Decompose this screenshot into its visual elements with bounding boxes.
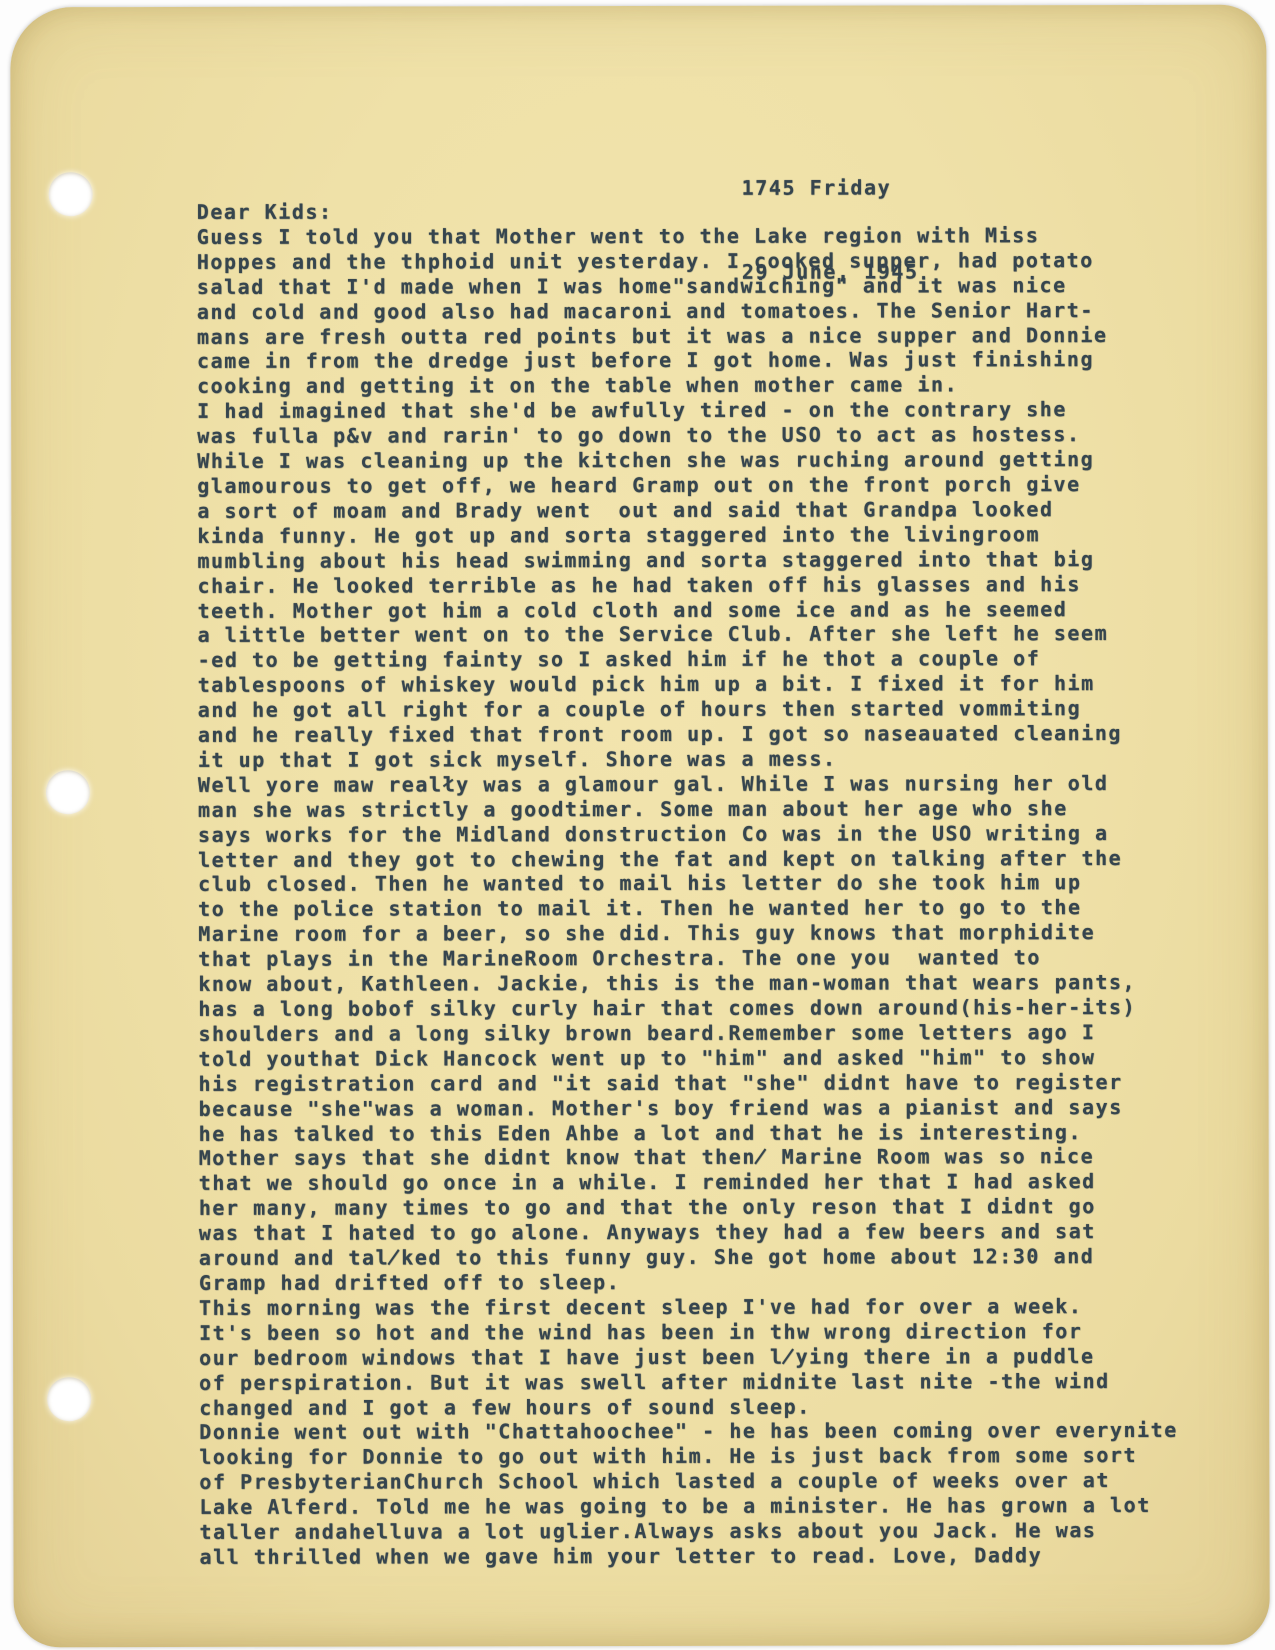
scanned-letter-page: 1745 Friday 29 June, 1945 Dear Kids:Gues… bbox=[10, 5, 1269, 1648]
letter-body: Dear Kids:Guess I told you that Mother w… bbox=[197, 198, 1178, 1570]
letter-line: to the police station to mail it. Then h… bbox=[198, 895, 1177, 922]
letter-line: salad that I'd made when I was home"sand… bbox=[197, 273, 1176, 300]
letter-line: letter and they got to chewing the fat a… bbox=[198, 845, 1177, 872]
letter-line: -ed to be getting fainty so I asked him … bbox=[198, 646, 1177, 673]
letter-line: that we should go once in a while. I rem… bbox=[199, 1169, 1178, 1196]
letter-line: a sort of moam and Brady went out and sa… bbox=[197, 497, 1176, 524]
letter-line: has a long bobof silky curly hair that c… bbox=[198, 995, 1177, 1022]
letter-line: of perspiration. But it was swell after … bbox=[199, 1368, 1178, 1395]
letter-line: and he really fixed that front room up. … bbox=[198, 721, 1177, 748]
letter-line: Donnie went out with "Chattahoochee" - h… bbox=[199, 1418, 1178, 1445]
letter-line: his registration card and "it said that … bbox=[199, 1070, 1178, 1097]
letter-line: This morning was the first decent sleep … bbox=[199, 1294, 1178, 1321]
letter-line: mumbling about his head swimming and sor… bbox=[197, 547, 1176, 574]
letter-line: changed and I got a few hours of sound s… bbox=[199, 1393, 1178, 1420]
letter-line: told youthat Dick Hancock went up to "hi… bbox=[198, 1045, 1177, 1072]
letter-line: that plays in the MarineRoom Orchestra. … bbox=[198, 945, 1177, 972]
letter-line: kinda funny. He got up and sorta stagger… bbox=[197, 522, 1176, 549]
letter-line: While I was cleaning up the kitchen she … bbox=[197, 447, 1176, 474]
letter-line: looking for Donnie to go out with him. H… bbox=[199, 1443, 1178, 1470]
letter-line: Lake Alferd. Told me he was going to be … bbox=[199, 1493, 1178, 1520]
letter-line: tablespoons of whiskey would pick him up… bbox=[198, 671, 1177, 698]
letter-line: Marine room for a beer, so she did. This… bbox=[198, 920, 1177, 947]
letter-line: club closed. Then he wanted to mail his … bbox=[198, 870, 1177, 897]
letter-line: shoulders and a long silky brown beard.R… bbox=[198, 1020, 1177, 1047]
letter-line: says works for the Midland donstruction … bbox=[198, 821, 1177, 848]
letter-line: her many, many times to go and that the … bbox=[199, 1194, 1178, 1221]
punch-hole-top bbox=[49, 172, 93, 216]
letter-line: Well yore maw realły was a glamour gal. … bbox=[198, 771, 1177, 798]
letter-line: chair. He looked terrible as he had take… bbox=[197, 571, 1176, 598]
letter-line: man she was strictly a goodtimer. Some m… bbox=[198, 796, 1177, 823]
letter-line: because "she"was a woman. Mother's boy f… bbox=[199, 1095, 1178, 1122]
letter-line: it up that I got sick myself. Shore was … bbox=[198, 746, 1177, 773]
letter-line: Dear Kids: bbox=[197, 198, 1176, 225]
letter-line: a little better went on to the Service C… bbox=[198, 621, 1177, 648]
letter-line: and cold and good also had macaroni and … bbox=[197, 298, 1176, 325]
letter-line: was fulla p&v and rarin' to go down to t… bbox=[197, 422, 1176, 449]
letter-line: all thrilled when we gave him your lette… bbox=[200, 1543, 1179, 1570]
letter-line: Guess I told you that Mother went to the… bbox=[197, 223, 1176, 250]
letter-line: glamourous to get off, we heard Gramp ou… bbox=[197, 472, 1176, 499]
letter-line: he has talked to this Eden Ahbe a lot an… bbox=[199, 1119, 1178, 1146]
letter-line: I had imagined that she'd be awfully tir… bbox=[197, 397, 1176, 424]
letter-line: mans are fresh outta red points but it w… bbox=[197, 322, 1176, 349]
punch-hole-middle bbox=[46, 770, 90, 814]
letter-line: our bedroom windows that I have just bee… bbox=[199, 1344, 1178, 1371]
letter-line: around and tal̸ked to this funny guy. Sh… bbox=[199, 1244, 1178, 1271]
letter-line: taller andahelluva a lot uglier.Always a… bbox=[199, 1518, 1178, 1545]
letter-line: Gramp had drifted off to sleep. bbox=[199, 1269, 1178, 1296]
letter-line: know about, Kathleen. Jackie, this is th… bbox=[198, 970, 1177, 997]
letter-line: cooking and getting it on the table when… bbox=[197, 372, 1176, 399]
letter-line: Mother says that she didnt know that the… bbox=[199, 1144, 1178, 1171]
letter-line: was that I hated to go alone. Anyways th… bbox=[199, 1219, 1178, 1246]
letter-line: Hoppes and the thphoid unit yesterday. I… bbox=[197, 248, 1176, 275]
letter-line: It's been so hot and the wind has been i… bbox=[199, 1319, 1178, 1346]
letter-line: and he got all right for a couple of hou… bbox=[198, 696, 1177, 723]
letter-line: of PresbyterianChurch School which laste… bbox=[199, 1468, 1178, 1495]
letter-line: teeth. Mother got him a cold cloth and s… bbox=[198, 596, 1177, 623]
letter-line: came in from the dredge just before I go… bbox=[197, 347, 1176, 374]
punch-hole-bottom bbox=[47, 1377, 91, 1421]
